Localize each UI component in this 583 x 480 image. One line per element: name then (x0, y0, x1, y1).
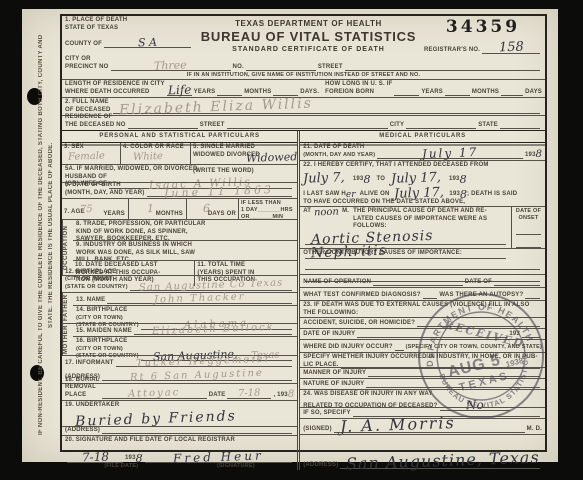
file-date-caption: (FILE DATE) (104, 463, 138, 470)
marital-value: Widowed (246, 151, 298, 164)
external-row: 23. IF DEATH WAS DUE TO EXTERNAL CAUSES … (300, 300, 545, 317)
nature-label: NATURE OF INJURY (303, 381, 364, 389)
street-label: STREET (318, 64, 343, 72)
from-193: 193 (353, 176, 364, 184)
last-saw-label: I LAST SAW H (303, 191, 346, 199)
dod-line: July 17 (377, 147, 523, 159)
if-less-1: IF LESS THAN (241, 200, 295, 207)
file-193: 193 (125, 455, 136, 463)
age-years-value: 75 (80, 205, 93, 215)
foreign-months-label: MONTHS (472, 89, 499, 97)
where-injury-label: WHERE DID INJURY OCCUR? (303, 344, 393, 352)
burial-place-line: Attoyac (102, 389, 207, 399)
test-label: WHAT TEST CONFIRMED DIAGNOSIS? (303, 292, 421, 300)
specify-1: SPECIFY WHETHER INJURY OCCURRED IN INDUS… (303, 354, 542, 362)
age-row: 7. AGE 75 YEARS 1 MONTHS 6 DAYS OR IF LE… (62, 198, 297, 219)
industry-1: 9. INDUSTRY OR BUSINESS IN WHICH (76, 242, 294, 250)
number-block: 34359 REGISTRAR'S NO. 158 (424, 17, 542, 54)
burial-row: 18. BURIALREMOVALPLACE Attoyac DATE 7-18… (62, 383, 297, 400)
signed-value: J. A. Morris (340, 415, 456, 435)
len-months-line (217, 95, 242, 96)
autopsy-label: WAS THERE AN AUTOPSY? (439, 292, 523, 300)
burial-date-line: 7-18 (227, 389, 271, 399)
industry-row: 9. INDUSTRY OR BUSINESS IN WHICH WORK WA… (73, 240, 297, 260)
years-label: YEARS (194, 89, 216, 97)
father-name-row: 13. NAME John Thacker (73, 293, 297, 305)
test-row: WHAT TEST CONFIRMED DIAGNOSIS? WAS THERE… (300, 287, 545, 300)
alive-on-label: ALIVE ON (360, 191, 390, 199)
residence-street-label: STREET (200, 122, 225, 130)
onset-line-2 (516, 235, 541, 248)
industry-2: WORK WAS DONE, AS SILK MILL, SAW (76, 250, 294, 258)
foreign-days-line (501, 95, 523, 96)
foreign-years-line (394, 95, 419, 96)
registrar-signature-line: Fred Heur (145, 451, 293, 463)
specify-row: SPECIFY WHETHER INJURY OCCURRED IN INDUS… (300, 352, 545, 367)
dod-year: 8 (536, 150, 542, 160)
injury-year-line (522, 337, 540, 338)
occupation-related-row: 24. WAS DISEASE OR INJURY IN ANY WAY REL… (300, 389, 545, 407)
injury-date-line (357, 337, 507, 338)
mother-name-line: Elizabeth Bullock (134, 325, 292, 335)
father-vertical-label: FATHER (62, 293, 73, 323)
race-cell: 4. COLOR OR RACE White (120, 143, 190, 164)
precinct-line: Three (111, 60, 231, 71)
accident-row: ACCIDENT, SUICIDE, OR HOMICIDE? (300, 317, 545, 328)
contributory-line-1 (305, 258, 540, 270)
residence-length-row: LENGTH OF RESIDENCE IN CITYWHERE DEATH O… (62, 79, 545, 97)
undertaker-address-line (102, 433, 292, 434)
months-label: MONTHS (244, 89, 271, 97)
age-years-label: YEARS (103, 211, 125, 219)
foreign-years-label: YEARS (421, 89, 443, 97)
injury-date-label: DATE OF INJURY (303, 331, 355, 339)
date-of-death-row: 21. DATE OF DEATH(MONTH, DAY AND YEAR) J… (300, 143, 545, 160)
dod-label: 21. DATE OF DEATH(MONTH, DAY AND YEAR) (303, 144, 375, 159)
certificate-form: 1. PLACE OF DEATH STATE OF TEXAS COUNTY … (60, 14, 547, 452)
residence-no-line (128, 128, 198, 129)
attended-from: July 7, (303, 171, 345, 185)
age-months-cell: 1 MONTHS (128, 199, 186, 219)
operation-date-line (494, 285, 540, 286)
mother-name-value: Elizabeth Bullock (152, 323, 275, 337)
onset-line-1 (516, 222, 541, 235)
md-label: M. D. (527, 426, 542, 434)
spouse-label-1: 5A. IF MARRIED, WIDOWED, OR DIVORCED (65, 166, 294, 174)
county-value: S A (138, 37, 157, 49)
institution-note: IF IN AN INSTITUTION, GIVE NAME OF INSTI… (65, 72, 542, 79)
personal-column: PERSONAL AND STATISTICAL PARTICULARS 3. … (62, 131, 298, 470)
mother-group: MOTHER 15. MAIDEN NAME Elizabeth Bullock… (62, 323, 297, 355)
injury-193: 193 (509, 331, 520, 339)
birthplace-label: 12. BIRTHPLACE(CITY OR TOWN)(STATE OR CO… (65, 269, 128, 292)
certificate-paper: IF NON-RESIDENT, BE CAREFUL TO GIVE THE … (22, 9, 558, 462)
operation-label: NAME OF OPERATION (303, 279, 371, 287)
place-of-death-block: 1. PLACE OF DEATH STATE OF TEXAS COUNTY … (65, 17, 193, 48)
to-year: 8 (460, 174, 467, 185)
nature-row: NATURE OF INJURY (300, 378, 545, 389)
signed-line: J. A. Morris (334, 417, 525, 433)
margin-note-inner: STATE. THE RESIDENCE IS THE USUAL PLACE … (48, 15, 54, 455)
father-name-value: John Thacker (154, 292, 246, 305)
external-1: 23. IF DEATH WAS DUE TO EXTERNAL CAUSES … (303, 302, 542, 310)
cause-block: AT noon M. THE PRINCIPAL CAUSE OF DEATH … (300, 206, 545, 248)
registrar-row: 20. SIGNATURE AND FILE DATE OF LOCAL REG… (62, 435, 297, 470)
occ-rel-1: 24. WAS DISEASE OR INJURY IN ANY WAY (303, 391, 542, 399)
birthplace-row: 12. BIRTHPLACE(CITY OR TOWN)(STATE OR CO… (62, 275, 297, 292)
place-label: 1. PLACE OF DEATH (65, 17, 193, 25)
foreign-days-label: DAYS (525, 89, 542, 97)
signed-label: (SIGNED) (303, 426, 332, 434)
signed-row: (SIGNED) J. A. Morris M. D. (300, 418, 545, 434)
manner-line (368, 376, 540, 377)
certify-block: 22. I HEREBY CERTIFY, THAT I ATTENDED DE… (300, 160, 545, 206)
onset-label-2: ONSET (514, 215, 543, 222)
burial-date-value: 7-18 (238, 389, 261, 400)
bureau-title: BUREAU OF VITAL STATISTICS (193, 29, 424, 44)
precinct-value: Three (154, 59, 187, 71)
total-time-1: 11. TOTAL TIME (197, 262, 295, 270)
if-less-cell: IF LESS THAN 1 DAY_______HRS OR_______MI… (238, 199, 297, 219)
marital-cell: 5. SINGLE MARRIED WIDOWED DIVORCED (WRIT… (190, 143, 297, 164)
m-label: M. (342, 208, 349, 216)
age-days-cell: 6 DAYS OR (186, 199, 238, 219)
full-name-line: Elizabeth Eliza Willis (113, 100, 540, 114)
title-block: TEXAS DEPARTMENT OF HEALTH BUREAU OF VIT… (193, 17, 424, 53)
at-label: AT (303, 208, 311, 216)
dob-value: June 11 1863 (164, 184, 274, 199)
where-injury-line (395, 350, 404, 351)
residence-state-label: STATE (478, 122, 498, 130)
informant-address-value: Rt 6 San Augustine (130, 369, 264, 384)
dob-line: June 11 1863 (147, 186, 293, 197)
where-injury-note: (SPECIFY CITY OR TOWN, COUNTY, AND STATE… (406, 344, 542, 351)
burial-label: 18. BURIALREMOVALPLACE (65, 377, 100, 400)
dept-title: TEXAS DEPARTMENT OF HEALTH (193, 19, 424, 28)
foreign-months-line (445, 95, 470, 96)
burial-193: , 193 (273, 392, 287, 400)
cause-line-1: Aortic Stenosis (305, 231, 506, 245)
registrar-no-label: REGISTRAR'S NO. (424, 47, 480, 55)
occupation-vertical-label: OCCUPATION (62, 220, 73, 275)
medical-column: MEDICAL PARTICULARS 21. DATE OF DEATH(MO… (299, 131, 545, 470)
dob-label: 6. DATE OF BIRTH(MONTH, DAY, AND YEAR) (65, 182, 145, 197)
no-label: NO. (233, 64, 244, 72)
signed-address-line: San Augustine, Texas (340, 453, 540, 469)
injury-date-row: DATE OF INJURY 193 (300, 328, 545, 339)
residence-city-label: CITY (390, 122, 404, 130)
contributory-label: OTHER CONTRIBUTORY CAUSES OF IMPORTANCE: (303, 250, 542, 258)
signed-address-value: San Augustine, Texas (346, 450, 540, 473)
certificate-subtitle: STANDARD CERTIFICATE OF DEATH (193, 46, 424, 53)
external-2: THE FOLLOWING: (303, 310, 542, 318)
undertaker-address-row: (ADDRESS) (62, 426, 297, 435)
age-years-cell: 7. AGE 75 YEARS (62, 199, 128, 219)
to-label: TO (376, 176, 385, 184)
residence-length-label: LENGTH OF RESIDENCE IN CITYWHERE DEATH O… (65, 81, 165, 96)
full-name-row: 2. FULL NAMEOF DECEASED Elizabeth Eliza … (62, 97, 545, 115)
operation-line (373, 285, 463, 286)
mother-name-row: 15. MAIDEN NAME Elizabeth Bullock (73, 324, 297, 336)
if-less-2: 1 DAY_______HRS (241, 207, 295, 214)
medical-section-header: MEDICAL PARTICULARS (300, 131, 545, 143)
file-date-line: 7-18 (67, 451, 123, 463)
burial-place-value: Attoyac (128, 388, 181, 400)
birthplace-line: San Augustine Co Texas (130, 281, 292, 291)
spouse-row: 5A. IF MARRIED, WIDOWED, OR DIVORCED HUS… (62, 164, 297, 182)
father-name-line: John Thacker (107, 294, 292, 304)
sex-value: Female (68, 151, 118, 163)
dob-row: 6. DATE OF BIRTH(MONTH, DAY, AND YEAR) J… (62, 182, 297, 198)
trade-2: KIND OF WORK DONE, AS SPINNER, (76, 229, 294, 237)
saw-year: 8 (460, 189, 467, 200)
onset-box: DATE OF ONSET (511, 207, 545, 248)
state-of-texas: STATE OF TEXAS (65, 25, 193, 33)
informant-label: 17. INFORMANT (65, 360, 114, 368)
saw-193: 193 (449, 191, 460, 199)
nature-line (366, 387, 540, 388)
registrar-row-label: 20. SIGNATURE AND FILE DATE OF LOCAL REG… (65, 437, 294, 445)
header-row: 1. PLACE OF DEATH STATE OF TEXAS COUNTY … (62, 16, 545, 55)
undertaker-address-label: (ADDRESS) (65, 427, 100, 435)
precinct-row: CITY ORPRECINCT NO Three NO. STREET IF I… (62, 55, 545, 79)
manner-label: MANNER OF INJURY (303, 370, 366, 378)
contributory-row: OTHER CONTRIBUTORY CAUSES OF IMPORTANCE: (300, 248, 545, 274)
trade-1: 8. TRADE, PROFESSION, OR PARTICULAR (76, 221, 294, 229)
accident-line (417, 326, 540, 327)
occupation-group: OCCUPATION 8. TRADE, PROFESSION, OR PART… (62, 219, 297, 275)
residence-city-line (406, 128, 476, 129)
father-name-label: 13. NAME (76, 297, 105, 305)
file-date-value: 7-18 (81, 450, 108, 463)
no-line (246, 70, 316, 71)
signed-address-label: (ADDRESS) (303, 462, 338, 470)
dod-value: July 17 (422, 146, 479, 160)
full-name-label: 2. FULL NAMEOF DECEASED (65, 99, 111, 114)
mother-vertical-label: MOTHER (62, 324, 73, 355)
city-or-precinct-label: CITY ORPRECINCT NO (65, 56, 109, 71)
certify-label: 22. I HEREBY CERTIFY, THAT I ATTENDED DE… (303, 162, 542, 170)
margin-note-outer: IF NON-RESIDENT, BE CAREFUL TO GIVE THE … (38, 15, 44, 455)
to-193: 193 (449, 176, 460, 184)
from-year: 8 (363, 174, 370, 185)
certificate-number: 34359 (424, 17, 542, 37)
age-days-label: DAYS OR (208, 211, 236, 219)
last-saw-date: July 17, (393, 186, 443, 201)
county-line: S A (104, 37, 191, 48)
residence-length-line: Life (167, 84, 192, 96)
burial-year-value: 8 (288, 390, 294, 400)
sex-cell: 3. SEX Female (62, 143, 120, 164)
residence-label: RESIDENCE OFTHE DECEASED NO (65, 114, 126, 129)
residence-state-line (500, 128, 540, 129)
columns: PERSONAL AND STATISTICAL PARTICULARS 3. … (62, 130, 545, 470)
scan-background: IF NON-RESIDENT, BE CAREFUL TO GIVE THE … (0, 0, 583, 480)
informant-line: Tucker Heggemeier (116, 357, 293, 367)
race-value: White (133, 151, 188, 163)
county-label: COUNTY OF (65, 41, 102, 49)
death-said-label: ; DEATH IS SAID (467, 191, 517, 199)
manner-row: MANNER OF INJURY (300, 367, 545, 378)
informant-address-line: Rt 6 San Augustine (102, 371, 292, 381)
at-value: noon (314, 208, 339, 219)
signed-address-row: (ADDRESS) San Augustine, Texas (300, 434, 545, 470)
accident-label: ACCIDENT, SUICIDE, OR HOMICIDE? (303, 320, 415, 328)
age-months-value: 1 (147, 203, 154, 214)
where-injury-row: WHERE DID INJURY OCCUR? (SPECIFY CITY OR… (300, 339, 545, 352)
registrar-no-value: 158 (498, 41, 523, 55)
father-group: FATHER 13. NAME John Thacker 14. BIRTHPL… (62, 292, 297, 323)
personal-section-header: PERSONAL AND STATISTICAL PARTICULARS (62, 131, 297, 143)
residence-row: RESIDENCE OFTHE DECEASED NO STREET CITY … (62, 115, 545, 130)
street-line (345, 70, 540, 71)
attended-to: July 17, (391, 171, 441, 186)
burial-date-label: DATE (209, 392, 226, 400)
dod-193: 193 (525, 152, 536, 160)
sex-race-marital-row: 3. SEX Female 4. COLOR OR RACE White 5. … (62, 143, 297, 164)
operation-row: NAME OF OPERATION DATE OF (300, 274, 545, 287)
registrar-no-line: 158 (482, 41, 540, 54)
registrar-signature-value: Fred Heur (173, 449, 264, 464)
residence-street-line (227, 128, 388, 129)
undertaker-row: 19. UNDERTAKER Buried by Friends (62, 400, 297, 426)
residence-length-value: Life (167, 84, 191, 97)
age-months-label: MONTHS (156, 211, 183, 219)
test-line (423, 298, 438, 299)
foreign-born-label: HOW LONG IN U. S. IFFOREIGN BORN (325, 81, 392, 96)
mother-name-label: 15. MAIDEN NAME (76, 328, 132, 336)
autopsy-line (525, 298, 540, 299)
trade-row: 8. TRADE, PROFESSION, OR PARTICULAR KIND… (73, 220, 297, 240)
onset-label-1: DATE OF (514, 208, 543, 215)
operation-date-label: DATE OF (465, 279, 492, 287)
